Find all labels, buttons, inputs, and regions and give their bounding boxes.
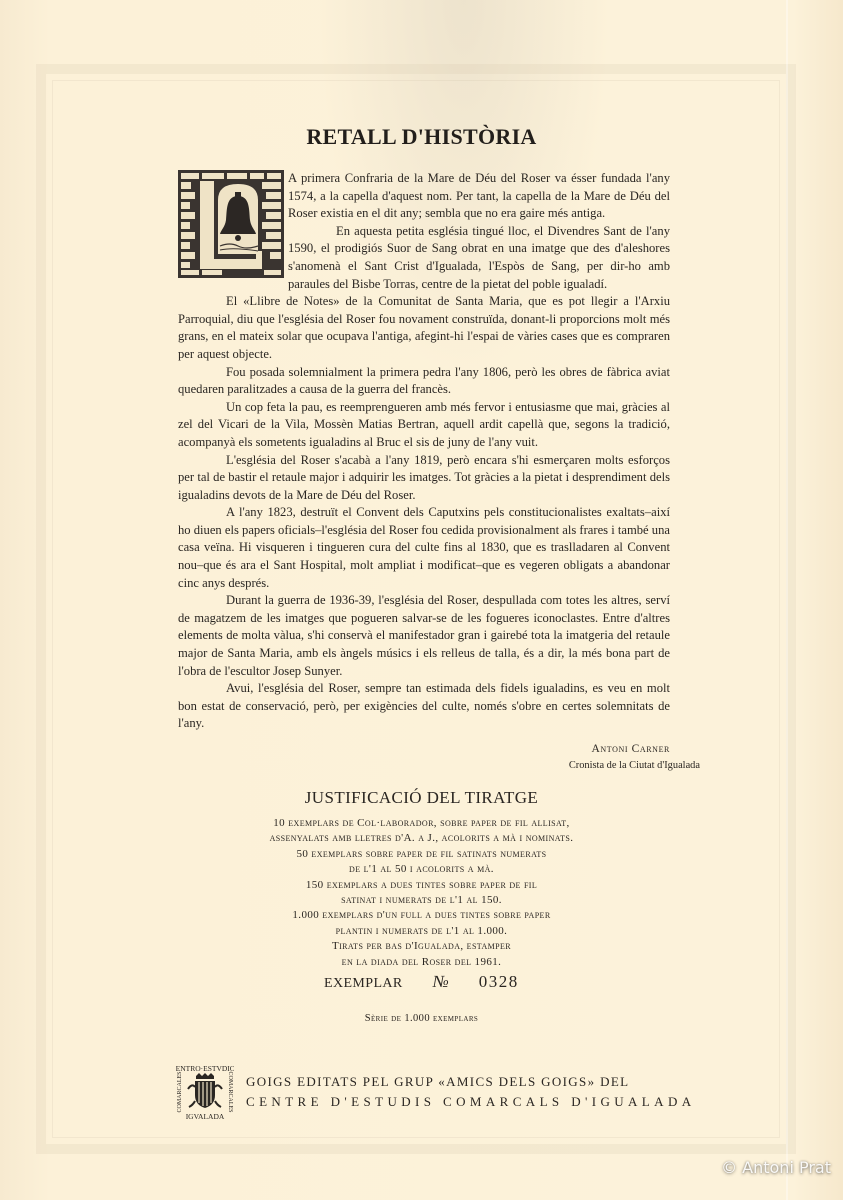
exemplar-number: 0328	[479, 972, 519, 992]
copyright-watermark: © Antoni Prat	[721, 1158, 831, 1177]
paragraph: Fou posada solemnialment la primera pedr…	[178, 364, 670, 399]
svg-text:COMARCALES: COMARCALES	[177, 1071, 183, 1112]
colophon-line: satinat i numerats de l'1 al 150.	[0, 893, 843, 908]
series-note: Sèrie de 1.000 exemplars	[0, 1013, 843, 1024]
paragraph: El «Llibre de Notes» de la Comunitat de …	[178, 293, 670, 363]
colophon-lines: 10 exemplars de Col·laborador, sobre pap…	[0, 816, 843, 970]
paragraph: Un cop feta la pau, es reemprengueren am…	[178, 399, 670, 452]
colophon-line: plantin i numerats de l'1 al 1.000.	[0, 924, 843, 939]
page-title: RETALL D'HISTÒRIA	[0, 124, 843, 150]
paragraph: L'església del Roser s'acabà a l'any 181…	[178, 452, 670, 505]
colophon-line: 150 exemplars a dues tintes sobre paper …	[0, 878, 843, 893]
colophon-line: de l'1 al 50 i acolorits a mà.	[0, 862, 843, 877]
colophon-line: 1.000 exemplars d'un full a dues tintes …	[0, 908, 843, 923]
drop-cap-initial	[178, 170, 284, 278]
colophon-title: JUSTIFICACIÓ DEL TIRATGE	[0, 788, 843, 808]
svg-text:IGVALADA: IGVALADA	[186, 1112, 225, 1121]
colophon-line: en la diada del Roser del 1961.	[0, 955, 843, 970]
number-sign: №	[433, 972, 449, 992]
signature-block: Antoni Carner Cronista de la Ciutat d'Ig…	[470, 740, 700, 774]
author-role: Cronista de la Ciutat d'Igualada	[470, 758, 700, 774]
publisher-line-1: GOIGS EDITATS PEL GRUP «AMICS DELS GOIGS…	[246, 1072, 696, 1092]
publisher-line-2: CENTRE D'ESTUDIS COMARCALS D'IGUALADA	[246, 1092, 696, 1112]
colophon-line: assenyalats amb lletres d'A. a J., acolo…	[0, 831, 843, 846]
exemplar-label: EXEMPLAR	[324, 976, 403, 992]
svg-text:CENTRO·ESTVDIOS: CENTRO·ESTVDIOS	[176, 1064, 234, 1073]
publisher-note: GOIGS EDITATS PEL GRUP «AMICS DELS GOIGS…	[246, 1072, 696, 1112]
exemplar-number-line: EXEMPLAR № 0328	[324, 972, 519, 992]
bell-icon	[178, 170, 284, 278]
colophon-line: Tirats per bas d'Igualada, estamper	[0, 939, 843, 954]
colophon-line: 50 exemplars sobre paper de fil satinats…	[0, 847, 843, 862]
paragraph: Durant la guerra de 1936-39, l'església …	[178, 592, 670, 680]
author-name: Antoni Carner	[470, 740, 700, 758]
paragraph: A l'any 1823, destruït el Convent dels C…	[178, 504, 670, 592]
paragraph: Avui, l'església del Roser, sempre tan e…	[178, 680, 670, 733]
svg-text:COMARCALES: COMARCALES	[227, 1071, 233, 1112]
article-body: A primera Confraria de la Mare de Déu de…	[178, 170, 670, 733]
colophon-line: 10 exemplars de Col·laborador, sobre pap…	[0, 816, 843, 831]
coat-of-arms-icon: CENTRO·ESTVDIOS IGVALADA COMARCALES COMA…	[176, 1063, 234, 1121]
